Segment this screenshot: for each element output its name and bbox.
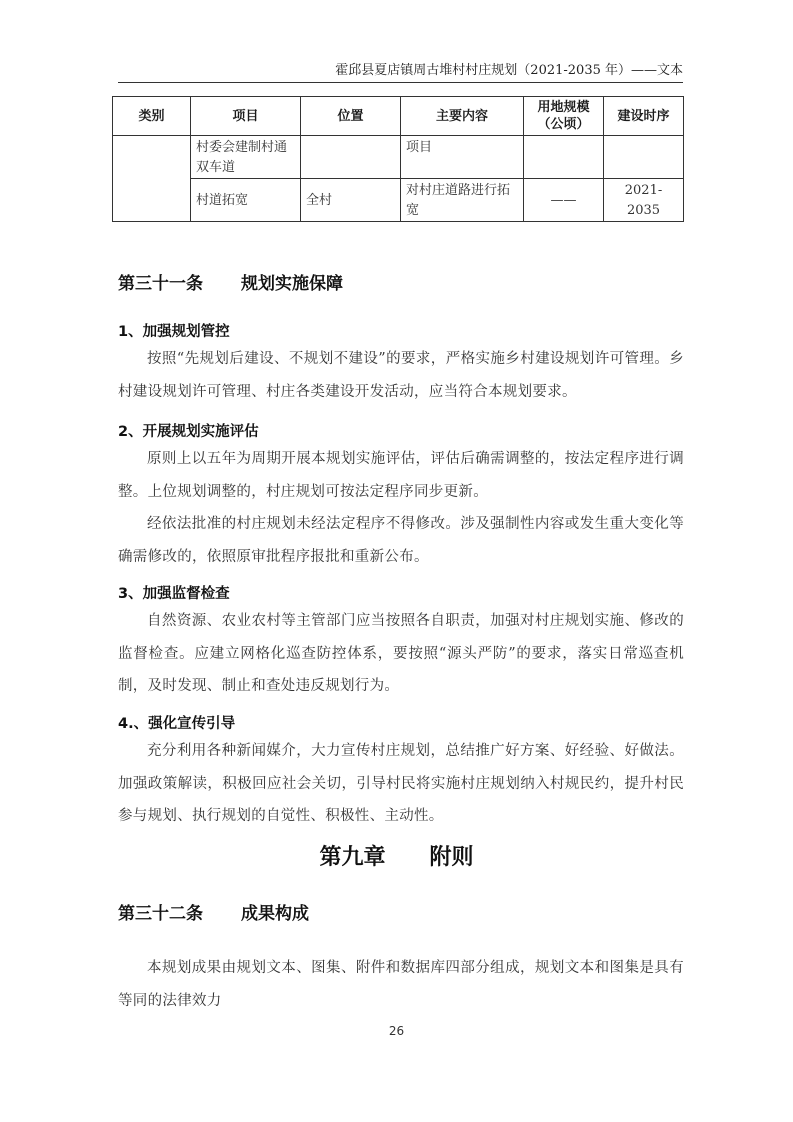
article-32-paragraph: 本规划成果由规划文本、图集、附件和数据库四部分组成，规划文本和图集是具有等同的法… — [118, 952, 684, 1017]
section-3-paragraph: 自然资源、农业农村等主管部门应当按照各自职责，加强对村庄规划实施、修改的监督检查… — [118, 605, 684, 703]
cell-schedule: 2021-2035 — [604, 179, 684, 222]
table-row: 村委会建制村通双车道 项目 — [113, 136, 684, 179]
cell-land-scale: —— — [524, 179, 604, 222]
table-row: 村道拓宽 全村 对村庄道路进行拓宽 —— 2021-2035 — [113, 179, 684, 222]
section-4-paragraph: 充分利用各种新闻媒介，大力宣传村庄规划，总结推广好方案、好经验、好做法。加强政策… — [118, 735, 684, 833]
column-header-category: 类别 — [113, 97, 191, 136]
section-3-heading: 3、加强监督检查 — [118, 583, 230, 605]
section-2-paragraph-2: 经依法批准的村庄规划未经法定程序不得修改。涉及强制性内容或发生重大变化等确需修改… — [118, 508, 684, 573]
land-scale-line2: （公顷） — [529, 116, 598, 133]
cell-content: 项目 — [401, 136, 524, 179]
cell-location: 全村 — [301, 179, 401, 222]
section-2-heading: 2、开展规划实施评估 — [118, 421, 259, 443]
section-2-paragraph-1: 原则上以五年为周期开展本规划实施评估，评估后确需调整的，按法定程序进行调整。上位… — [118, 443, 684, 508]
cell-location — [301, 136, 401, 179]
section-1-paragraph: 按照“先规划后建设、不规划不建设”的要求，严格实施乡村建设规划许可管理。乡村建设… — [118, 343, 684, 408]
column-header-content: 主要内容 — [401, 97, 524, 136]
article-32-heading: 第三十二条成果构成 — [118, 902, 309, 926]
project-table: 类别 项目 位置 主要内容 用地规模 （公顷） 建设时序 村委会建制村通双车道 … — [112, 96, 684, 222]
article-32-title: 成果构成 — [241, 904, 309, 924]
article-32-number: 第三十二条 — [118, 904, 203, 924]
cell-project: 村委会建制村通双车道 — [191, 136, 301, 179]
article-31-title: 规划实施保障 — [241, 274, 343, 294]
article-31-number: 第三十一条 — [118, 274, 203, 294]
page-header: 霍邱县夏店镇周古堆村村庄规划（2021-2035 年）——文本 — [118, 62, 683, 80]
land-scale-line1: 用地规模 — [529, 99, 598, 116]
column-header-project: 项目 — [191, 97, 301, 136]
section-1-heading: 1、加强规划管控 — [118, 321, 230, 343]
column-header-schedule: 建设时序 — [604, 97, 684, 136]
page-number: 26 — [0, 1024, 793, 1038]
column-header-land-scale: 用地规模 （公顷） — [524, 97, 604, 136]
article-31-heading: 第三十一条规划实施保障 — [118, 272, 343, 296]
header-divider — [118, 82, 683, 83]
cell-land-scale — [524, 136, 604, 179]
chapter-9-heading: 第九章附则 — [0, 843, 793, 873]
chapter-9-number: 第九章 — [319, 845, 385, 870]
column-header-location: 位置 — [301, 97, 401, 136]
cell-project: 村道拓宽 — [191, 179, 301, 222]
cell-content: 对村庄道路进行拓宽 — [401, 179, 524, 222]
chapter-9-title: 附则 — [430, 845, 474, 870]
table-header-row: 类别 项目 位置 主要内容 用地规模 （公顷） 建设时序 — [113, 97, 684, 136]
cell-category — [113, 136, 191, 222]
section-4-heading: 4.、强化宣传引导 — [118, 713, 235, 735]
cell-schedule — [604, 136, 684, 179]
